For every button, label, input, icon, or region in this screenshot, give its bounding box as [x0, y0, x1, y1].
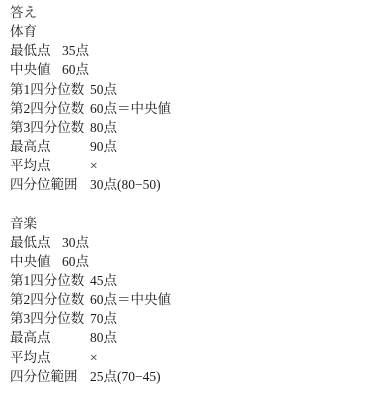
stat-label: 平均点 — [10, 348, 90, 367]
stat-value: 80点 — [90, 118, 117, 137]
stat-row-q3: 第3四分位数 80点 — [10, 118, 361, 137]
stat-value: 45点 — [90, 271, 117, 290]
stat-row-median: 中央値 60点 — [10, 60, 361, 79]
stat-label: 四分位範囲 — [10, 367, 90, 386]
stat-row-q1: 第1四分位数 45点 — [10, 271, 361, 290]
section-gap — [10, 194, 361, 213]
page-title-line: 答え — [10, 3, 361, 22]
stat-row-min: 最低点 35点 — [10, 41, 361, 60]
stat-row-max: 最高点 80点 — [10, 328, 361, 347]
stat-label: 第2四分位数 — [10, 99, 90, 118]
stat-label: 第1四分位数 — [10, 271, 90, 290]
subject-label: 音楽 — [10, 214, 37, 233]
stat-row-median: 中央値 60点 — [10, 252, 361, 271]
stat-row-iqr: 四分位範囲 25点(70−45) — [10, 367, 361, 386]
stat-value: 60点＝中央値 — [90, 290, 171, 309]
stat-row-q3: 第3四分位数 70点 — [10, 309, 361, 328]
stat-value: × — [90, 348, 98, 367]
stat-row-q2: 第2四分位数 60点＝中央値 — [10, 290, 361, 309]
stat-label: 最高点 — [10, 137, 90, 156]
stat-value: 50点 — [90, 80, 117, 99]
stat-value: 60点 — [62, 60, 89, 79]
stat-row-max: 最高点 90点 — [10, 137, 361, 156]
stat-label: 第2四分位数 — [10, 290, 90, 309]
stat-row-q2: 第2四分位数 60点＝中央値 — [10, 99, 361, 118]
stat-row-mean: 平均点 × — [10, 348, 361, 367]
answer-document: 答え 体育 最低点 35点 中央値 60点 第1四分位数 50点 第2四分位数 … — [0, 0, 367, 386]
stat-row-iqr: 四分位範囲 30点(80−50) — [10, 175, 361, 194]
stat-value: 30点 — [62, 233, 89, 252]
stat-value: 70点 — [90, 309, 117, 328]
stat-label: 第3四分位数 — [10, 309, 90, 328]
stat-row-min: 最低点 30点 — [10, 233, 361, 252]
stat-label: 平均点 — [10, 156, 90, 175]
stat-row-mean: 平均点 × — [10, 156, 361, 175]
stat-value: 60点＝中央値 — [90, 99, 171, 118]
stat-label: 最高点 — [10, 328, 90, 347]
stat-label: 中央値 — [10, 252, 62, 271]
stat-row-q1: 第1四分位数 50点 — [10, 80, 361, 99]
stat-value: 30点(80−50) — [90, 175, 161, 194]
page-title: 答え — [10, 3, 37, 22]
stat-value: 90点 — [90, 137, 117, 156]
stat-value: × — [90, 156, 98, 175]
stat-label: 中央値 — [10, 60, 62, 79]
stat-label: 第1四分位数 — [10, 80, 90, 99]
stat-label: 四分位範囲 — [10, 175, 90, 194]
section-subject-music: 音楽 — [10, 214, 361, 233]
stat-value: 80点 — [90, 328, 117, 347]
stat-label: 最低点 — [10, 41, 62, 60]
section-subject-pe: 体育 — [10, 22, 361, 41]
stat-value: 35点 — [62, 41, 89, 60]
stat-value: 25点(70−45) — [90, 367, 161, 386]
stat-label: 最低点 — [10, 233, 62, 252]
stat-value: 60点 — [62, 252, 89, 271]
subject-label: 体育 — [10, 22, 37, 41]
stat-label: 第3四分位数 — [10, 118, 90, 137]
